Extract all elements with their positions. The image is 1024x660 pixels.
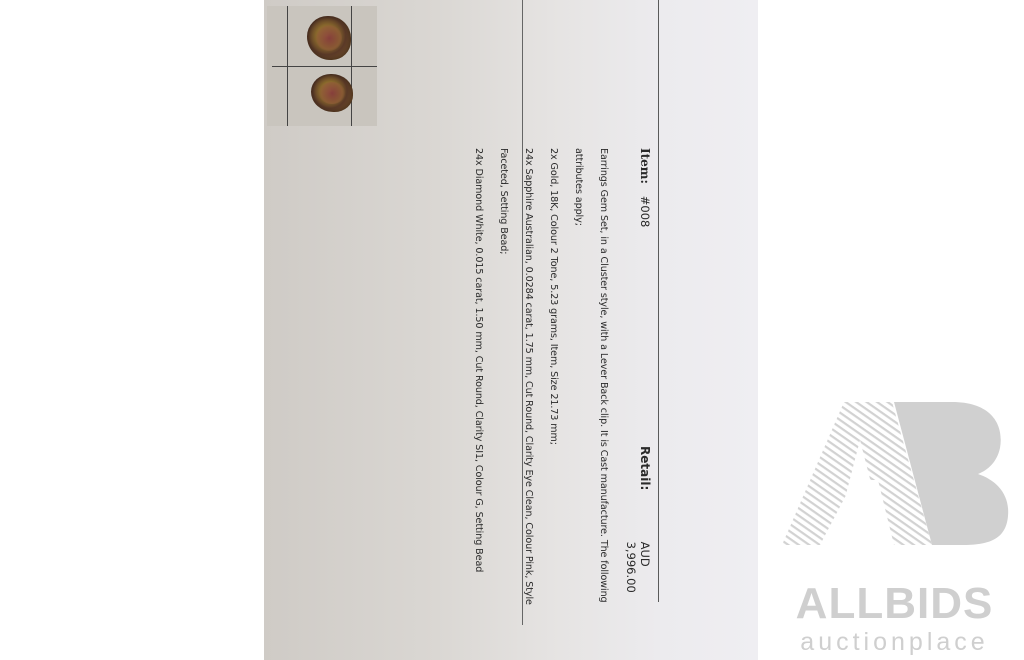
table-divider-right: [658, 0, 659, 602]
description-line: 24x Sapphire Australian, 0.0284 carat, 1…: [522, 148, 535, 608]
earring-gem-icon: [311, 74, 353, 112]
item-header-row: Item: #008 Retail: AUD 3,996.00: [630, 148, 652, 618]
item-photo: [267, 6, 377, 126]
retail-label: Retail:: [638, 446, 652, 542]
description-line: Earrings Gem Set, in a Cluster style, wi…: [597, 148, 610, 608]
fingerprint-ab-logo-icon: [782, 400, 1012, 575]
item-number: #008: [638, 196, 652, 446]
allbids-watermark: ALLBIDS auctionplace: [772, 400, 1017, 655]
description-line: 24x Diamond White, 0.015 carat, 1.50 mm,…: [472, 148, 485, 608]
retail-value: AUD 3,996.00: [624, 542, 652, 618]
description-line: Faceted, Setting Bead;: [497, 148, 510, 608]
description-line: attributes apply;: [572, 148, 585, 608]
brand-name: ALLBIDS: [772, 580, 1017, 628]
scale-ruler-horizontal: [272, 66, 377, 67]
item-label: Item:: [638, 148, 652, 196]
description-line: 2x Gold, 18K, Colour 2 Tone, 5.23 grams,…: [547, 148, 560, 608]
earring-gem-icon: [307, 16, 351, 60]
item-record: Item: #008 Retail: AUD 3,996.00 Earrings…: [460, 148, 653, 618]
brand-tagline: auctionplace: [772, 628, 1017, 656]
item-description: Earrings Gem Set, in a Cluster style, wi…: [460, 148, 623, 608]
